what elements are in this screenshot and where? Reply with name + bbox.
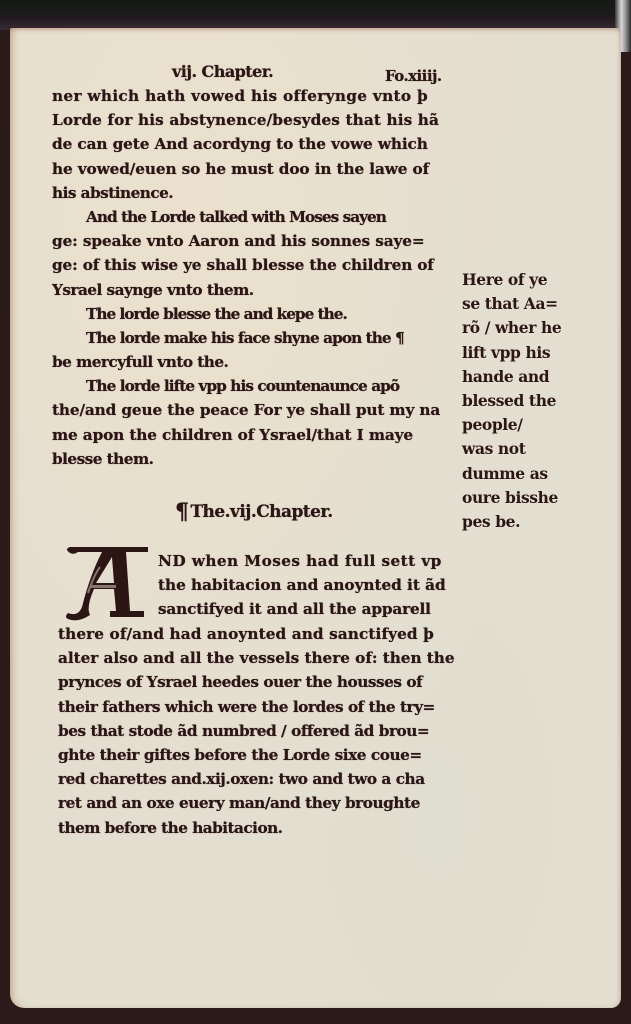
text-line: prynces of Ysrael heedes ouer the housse… [58, 670, 455, 694]
text-line: the/and geue the peace For ye shall put … [52, 398, 440, 422]
text-line: the habitacion and anoynted it ãd [158, 573, 446, 597]
chapter-heading: ¶The.vij.Chapter. [175, 500, 333, 524]
chapter-body-text: there of/and had anoynted and sanctifyed… [58, 622, 455, 840]
text-line: sanctifyed it and all the apparell [158, 597, 446, 621]
photo-backdrop-top [0, 0, 631, 30]
text-line: The lorde make his face shyne apon the ¶ [52, 326, 440, 350]
text-line: be mercyfull vnto the. [52, 350, 440, 374]
text-line: red charettes and.xij.oxen: two and two … [58, 767, 455, 791]
gloss-line: rõ / wher he [462, 316, 561, 340]
drop-cap-a-icon [60, 545, 156, 623]
text-line: there of/and had anoynted and sanctifyed… [58, 622, 455, 646]
text-line: his abstinence. [52, 181, 440, 205]
gloss-line: dumme as [462, 462, 561, 486]
text-line: me apon the children of Ysrael/that I ma… [52, 423, 440, 447]
marginal-gloss: Here of ye se that Aa= rõ / wher he lift… [462, 268, 561, 534]
gloss-line: se that Aa= [462, 292, 561, 316]
text-line: bes that stode ãd numbred / offered ãd b… [58, 719, 455, 743]
text-line: ghte their giftes before the Lorde sixe … [58, 743, 455, 767]
chapter-title: The.vij.Chapter. [190, 502, 332, 522]
text-line: And the Lorde talked with Moses sayen [52, 205, 440, 229]
gloss-line: people/ [462, 413, 561, 437]
text-line: ner which hath vowed his offerynge vnto … [52, 84, 440, 108]
chapter-opening-text: ND when Moses had full sett vp the habit… [158, 549, 446, 622]
gloss-line: Here of ye [462, 268, 561, 292]
text-line: alter also and all the vessels there of:… [58, 646, 455, 670]
text-line: The lorde blesse the and kepe the. [52, 302, 440, 326]
text-line: ge: of this wise ye shall blesse the chi… [52, 253, 440, 277]
running-head: vij. Chapter. [172, 60, 273, 84]
text-line: Lorde for his abstynence/besydes that hi… [52, 108, 440, 132]
gloss-line: was not [462, 437, 561, 461]
text-line: them before the habitacion. [58, 816, 455, 840]
body-text: ner which hath vowed his offerynge vnto … [52, 84, 440, 471]
text-line: Ysrael saynge vnto them. [52, 278, 440, 302]
gloss-line: lift vpp his [462, 341, 561, 365]
gloss-line: hande and [462, 365, 561, 389]
text-line: The lorde lifte vpp his countenaunce apõ [52, 374, 440, 398]
text-line: their fathers which were the lordes of t… [58, 695, 455, 719]
text-line: blesse them. [52, 447, 440, 471]
text-line: he vowed/euen so he must doo in the lawe… [52, 157, 440, 181]
text-line: ge: speake vnto Aaron and his sonnes say… [52, 229, 440, 253]
text-line: de can gete And acordyng to the vowe whi… [52, 132, 440, 156]
pilcrow-icon: ¶ [175, 499, 188, 525]
gloss-line: blessed the [462, 389, 561, 413]
text-line: ND when Moses had full sett vp [158, 549, 446, 573]
gloss-line: pes be. [462, 510, 561, 534]
text-line: ret and an oxe euery man/and they brough… [58, 791, 455, 815]
gloss-line: oure bisshe [462, 486, 561, 510]
